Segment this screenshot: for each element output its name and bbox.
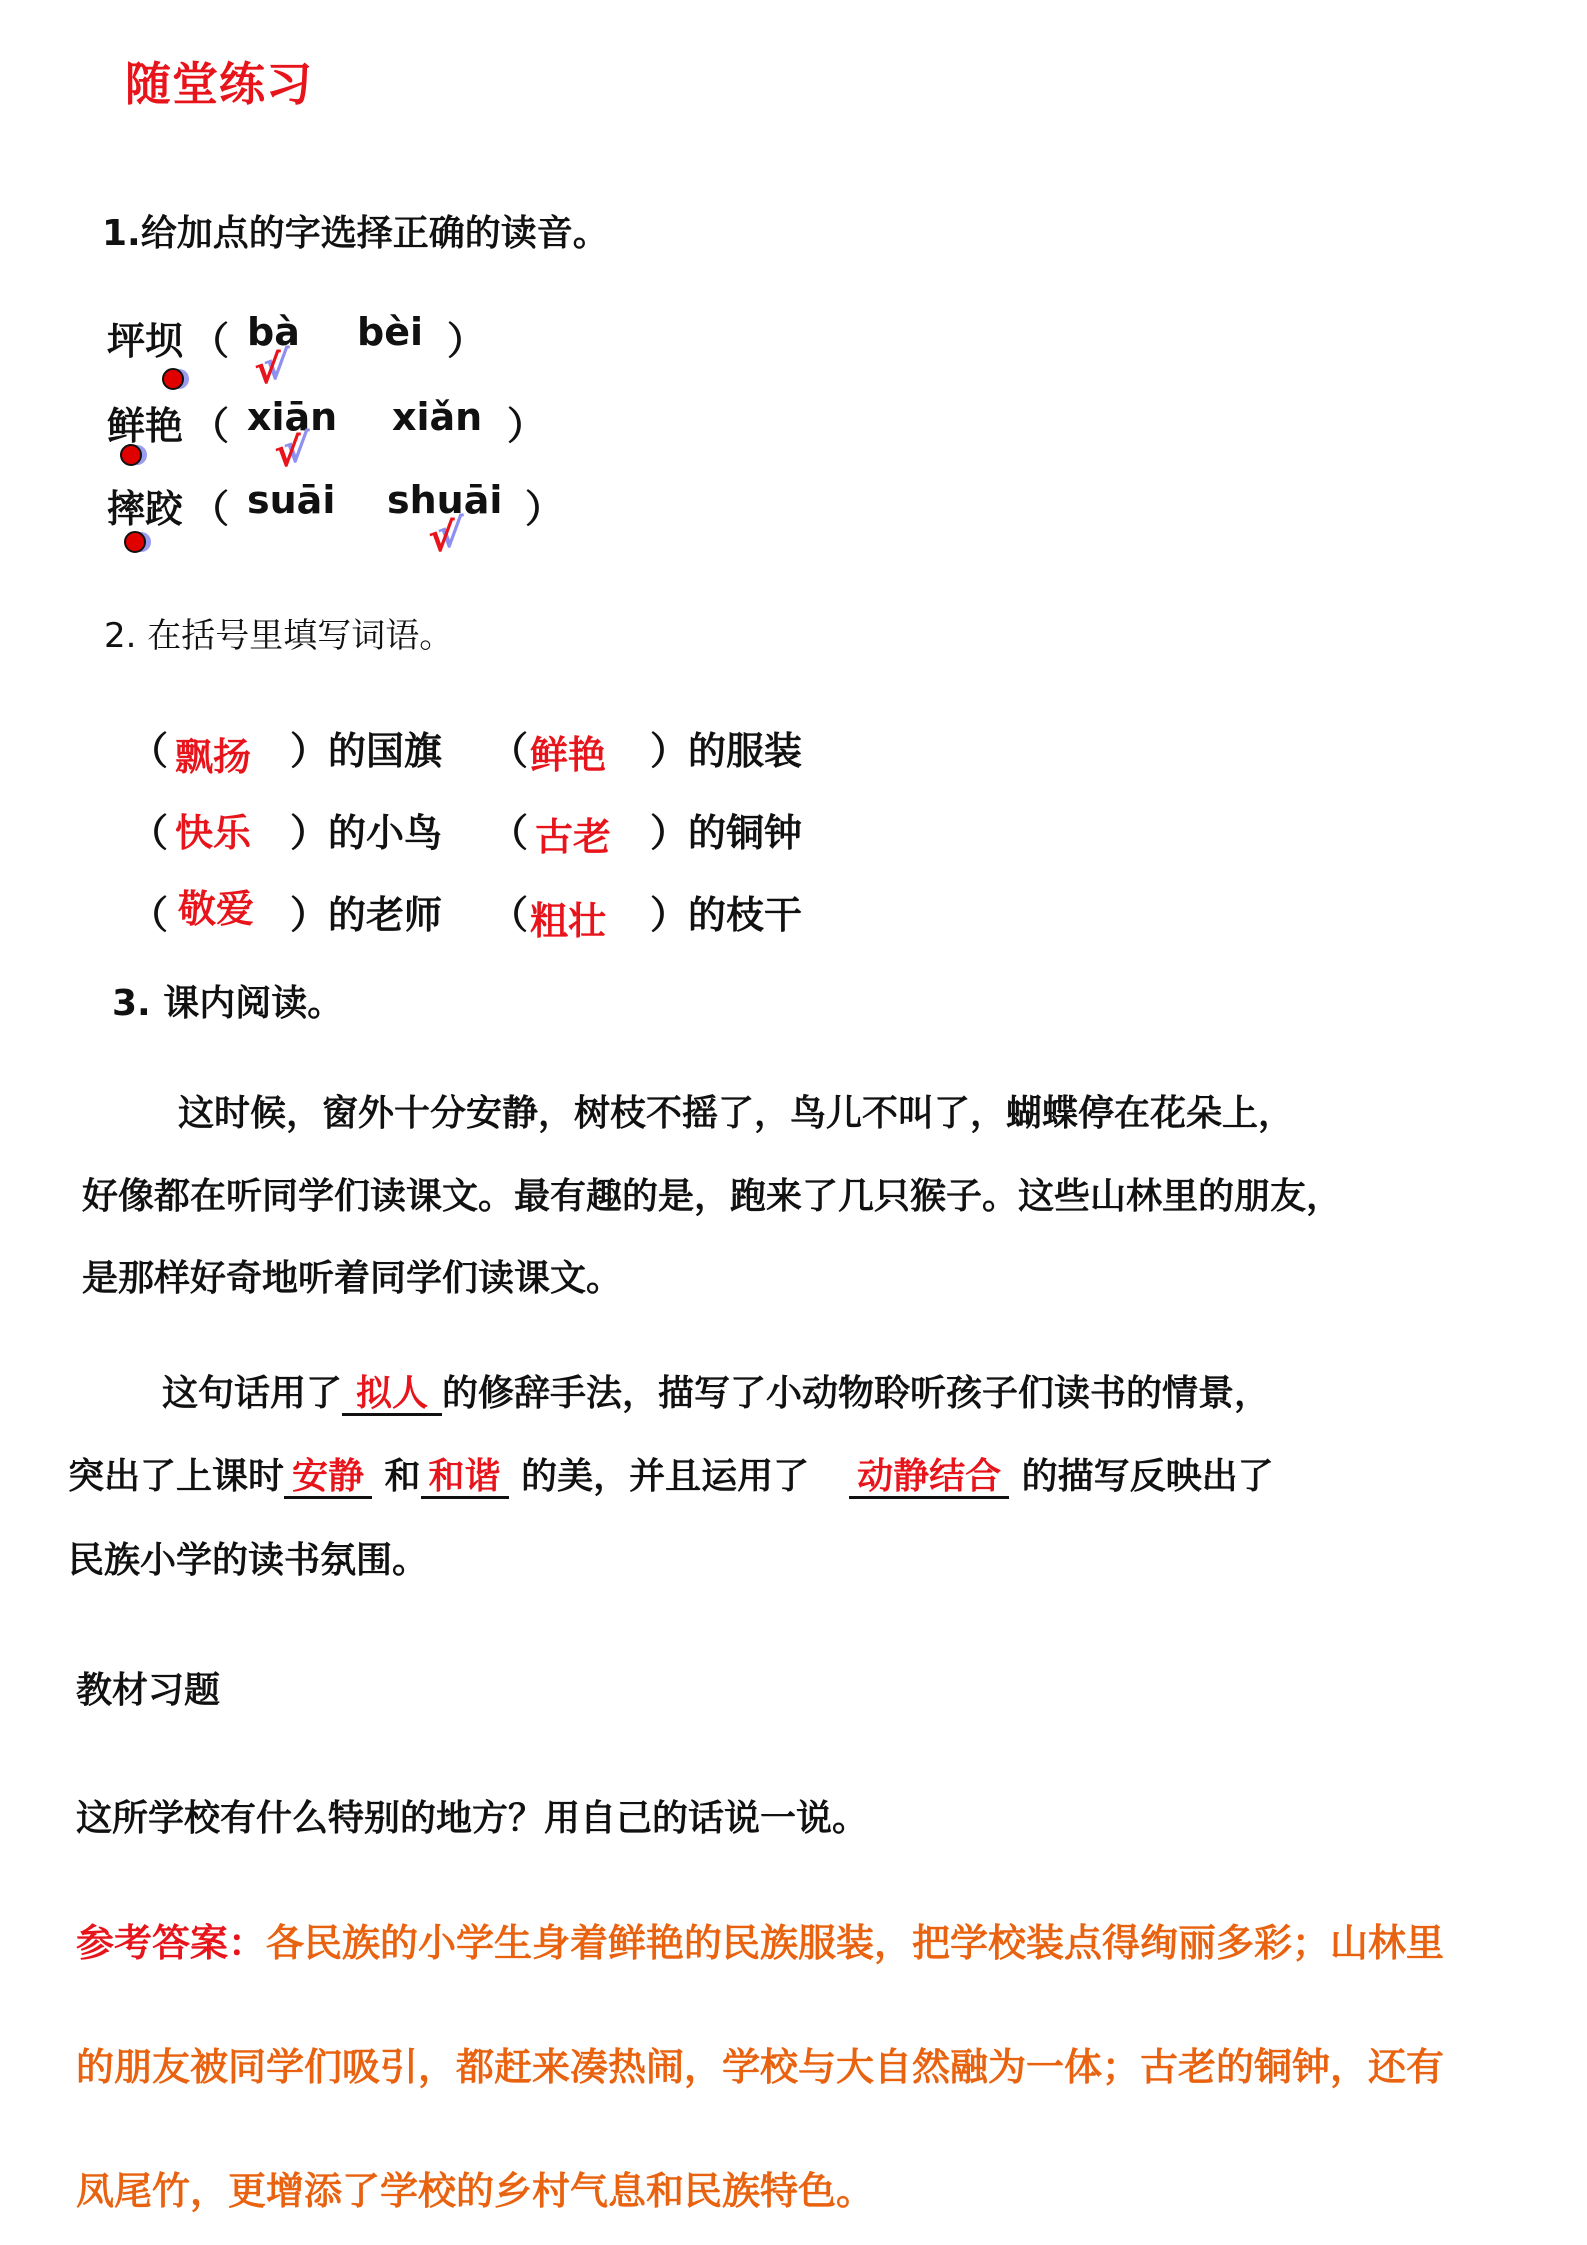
phrase-suffix: ）的小鸟 xyxy=(290,802,442,857)
phrase-suffix: ）的枝干 xyxy=(650,884,802,939)
phrase-suffix: ）的老师 xyxy=(290,884,442,939)
textbook-question: 这所学校有什么特别的地方？用自己的话说一说。 xyxy=(76,1790,868,1841)
open-paren: （ xyxy=(490,884,528,939)
passage-line: 是那样好奇地听着同学们读课文。 xyxy=(82,1250,622,1301)
answer-blank[interactable]: 拟人 xyxy=(342,1375,442,1416)
open-paren: （ xyxy=(191,310,229,365)
answer-word[interactable]: 古老 xyxy=(535,806,611,861)
emphasis-dot-icon xyxy=(120,444,142,466)
pinyin-option[interactable]: suāi xyxy=(247,478,335,522)
passage-line: 这时候，窗外十分安静，树枝不摇了，鸟儿不叫了，蝴蝶停在花朵上， xyxy=(178,1085,1294,1136)
close-paren: ） xyxy=(447,310,485,365)
fill-sentence-line: 突出了上课时安静 和和谐 的美，并且运用了动静结合 的描写反映出了 xyxy=(68,1448,1274,1499)
word: 摔跤 xyxy=(107,478,183,533)
question-2-heading: 2. 在括号里填写词语。 xyxy=(104,608,453,657)
phrase-suffix: ）的服装 xyxy=(650,720,802,775)
word: 鲜艳 xyxy=(107,395,183,450)
answer-word[interactable]: 鲜艳 xyxy=(530,724,606,779)
sentence-text: 的美，并且运用了 xyxy=(509,1456,810,1497)
fill-row: （ 快乐 ）的小鸟 （ 古老 ）的铜钟 xyxy=(130,802,850,862)
sentence-text: 这句话用了 xyxy=(162,1373,342,1414)
page-title: 随堂练习 xyxy=(125,48,313,114)
sentence-text: 突出了上课时 xyxy=(68,1456,284,1497)
textbook-heading: 教材习题 xyxy=(76,1662,220,1713)
phrase-suffix: ）的铜钟 xyxy=(650,802,802,857)
reference-answer-line: 的朋友被同学们吸引，都赶来凑热闹，学校与大自然融为一体；古老的铜钟，还有 xyxy=(76,2036,1444,2091)
word: 坪坝 xyxy=(107,310,183,365)
sentence-text: 和 xyxy=(372,1456,421,1497)
answer-word[interactable]: 飘扬 xyxy=(175,726,251,781)
open-paren: （ xyxy=(130,720,168,775)
fill-sentence-line: 这句话用了拟人的修辞手法，描写了小动物聆听孩子们读书的情景， xyxy=(162,1365,1270,1416)
open-paren: （ xyxy=(130,802,168,857)
check-mark-icon: √ xyxy=(274,433,301,473)
close-paren: ） xyxy=(507,395,545,450)
answer-blank[interactable]: 安静 xyxy=(284,1458,372,1499)
fill-row: （ 敬爱 ）的老师 （ 粗壮 ）的枝干 xyxy=(130,884,850,944)
sentence-text: 的修辞手法，描写了小动物聆听孩子们读书的情景， xyxy=(442,1373,1270,1414)
answer-text: 各民族的小学生身着鲜艳的民族服装，把学校装点得绚丽多彩；山林里 xyxy=(266,1921,1444,1965)
reference-answer-line: 参考答案：各民族的小学生身着鲜艳的民族服装，把学校装点得绚丽多彩；山林里 xyxy=(76,1912,1444,1967)
pinyin-option[interactable]: bèi xyxy=(357,310,423,354)
answer-word[interactable]: 敬爱 xyxy=(178,878,254,933)
pinyin-option[interactable]: xiǎn xyxy=(392,395,482,439)
check-mark-icon: √ xyxy=(428,518,455,558)
close-paren: ） xyxy=(525,478,563,533)
open-paren: （ xyxy=(191,478,229,533)
reference-answer-line: 凤尾竹，更增添了学校的乡村气息和民族特色。 xyxy=(76,2160,874,2215)
answer-label: 参考答案： xyxy=(76,1921,266,1965)
open-paren: （ xyxy=(130,884,168,939)
question-1-heading: 1.给加点的字选择正确的读音。 xyxy=(102,205,609,256)
answer-word[interactable]: 粗壮 xyxy=(530,890,606,945)
open-paren: （ xyxy=(191,395,229,450)
passage-line: 好像都在听同学们读课文。最有趣的是，跑来了几只猴子。这些山林里的朋友， xyxy=(82,1168,1342,1219)
answer-word[interactable]: 快乐 xyxy=(175,802,251,857)
check-mark-icon: √ xyxy=(254,350,281,390)
sentence-text: 的描写反映出了 xyxy=(1009,1456,1274,1497)
fill-row: （ 飘扬 ）的国旗 （ 鲜艳 ）的服装 xyxy=(130,720,850,780)
open-paren: （ xyxy=(490,802,528,857)
phrase-suffix: ）的国旗 xyxy=(290,720,442,775)
answer-blank[interactable]: 和谐 xyxy=(421,1458,509,1499)
question-3-heading: 3. 课内阅读。 xyxy=(112,975,343,1026)
open-paren: （ xyxy=(490,720,528,775)
emphasis-dot-icon xyxy=(162,368,184,390)
emphasis-dot-icon xyxy=(124,531,146,553)
answer-blank[interactable]: 动静结合 xyxy=(849,1458,1009,1499)
fill-sentence-line: 民族小学的读书氛围。 xyxy=(68,1532,428,1583)
